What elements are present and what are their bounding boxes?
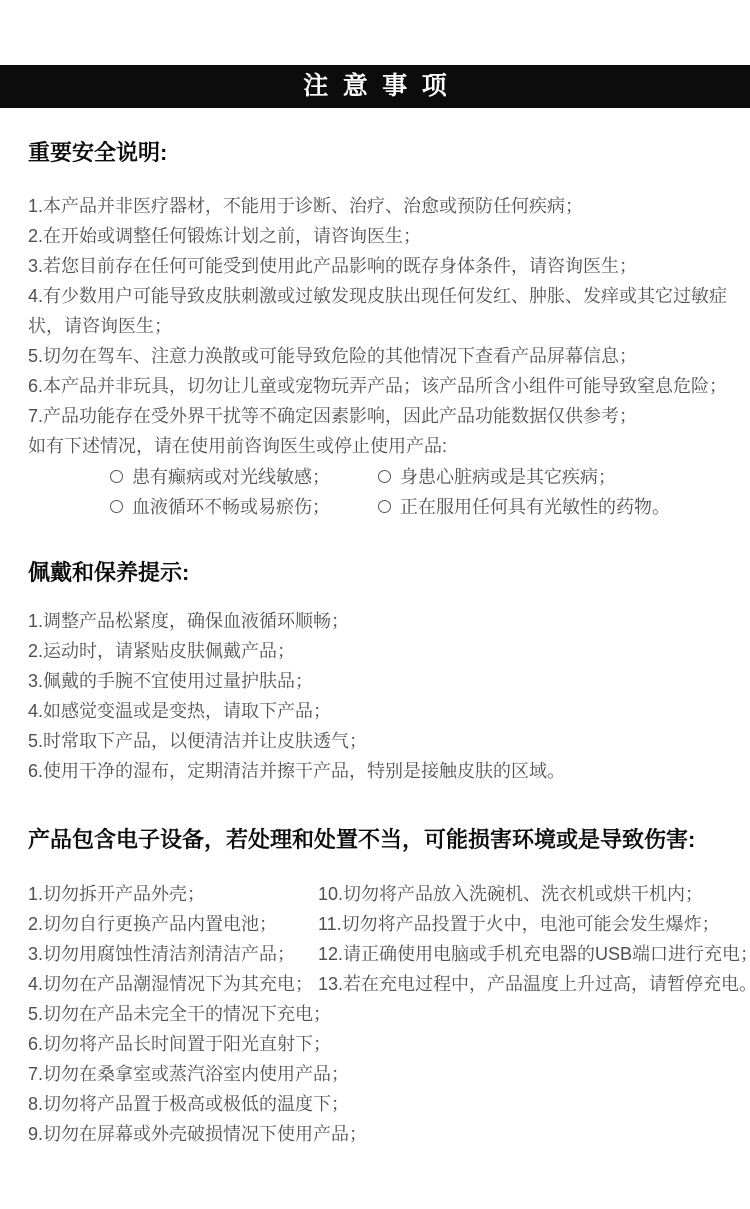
disposal-list-right: 10.切勿将产品放入洗碗机、洗衣机或烘干机内；11.切勿将产品投置于火中，电池可… [318, 879, 750, 999]
care-list-item: 3.佩戴的手腕不宜使用过量护肤品； [28, 666, 728, 696]
disposal-list-left: 1.切勿拆开产品外壳；2.切勿自行更换产品内置电池；3.切勿用腐蚀性清洁剂清洁产… [28, 879, 368, 1149]
safety-list-item: 6.本产品并非玩具，切勿让儿童或宠物玩弄产品；该产品所含小组件可能导致窒息危险； [28, 371, 728, 401]
condition-item: 身患心脏病或是其它疾病； [378, 462, 670, 492]
safety-list: 1.本产品并非医疗器材，不能用于诊断、治疗、治愈或预防任何疾病；2.在开始或调整… [28, 191, 728, 461]
disposal-list-item: 2.切勿自行更换产品内置电池； [28, 909, 368, 939]
disposal-list-item: 12.请正确使用电脑或手机充电器的USB端口进行充电； [318, 939, 750, 969]
condition-item-label: 正在服用任何具有光敏性的药物。 [400, 497, 670, 517]
disposal-list-item: 13.若在充电过程中，产品温度上升过高，请暂停充电。 [318, 969, 750, 999]
disposal-list-item: 11.切勿将产品投置于火中，电池可能会发生爆炸； [318, 909, 750, 939]
disposal-list-item: 9.切勿在屏幕或外壳破损情况下使用产品； [28, 1119, 368, 1149]
care-list-item: 1.调整产品松紧度，确保血液循环顺畅； [28, 606, 728, 636]
care-list-item: 5.时常取下产品，以便清洁并让皮肤透气； [28, 726, 728, 756]
condition-item: 患有癫病或对光线敏感； [110, 462, 378, 492]
condition-list: 患有癫病或对光线敏感； 身患心脏病或是其它疾病； 血液循环不畅或易瘀伤； 正在服… [110, 462, 670, 522]
circle-bullet-icon [110, 500, 123, 513]
circle-bullet-icon [110, 470, 123, 483]
care-list: 1.调整产品松紧度，确保血液循环顺畅；2.运动时，请紧贴皮肤佩戴产品；3.佩戴的… [28, 606, 728, 786]
safety-list-item: 7.产品功能存在受外界干扰等不确定因素影响，因此产品功能数据仅供参考； [28, 401, 728, 431]
care-list-item: 2.运动时，请紧贴皮肤佩戴产品； [28, 636, 728, 666]
disposal-list-item: 1.切勿拆开产品外壳； [28, 879, 368, 909]
safety-list-item: 如有下述情况，请在使用前咨询医生或停止使用产品: [28, 431, 728, 461]
disposal-list-item: 10.切勿将产品放入洗碗机、洗衣机或烘干机内； [318, 879, 750, 909]
circle-bullet-icon [378, 470, 391, 483]
safety-section-heading: 重要安全说明: [28, 140, 167, 166]
disposal-list-item: 7.切勿在桑拿室或蒸汽浴室内使用产品； [28, 1059, 368, 1089]
circle-bullet-icon [378, 500, 391, 513]
disposal-list-item: 8.切勿将产品置于极高或极低的温度下； [28, 1089, 368, 1119]
care-list-item: 6.使用干净的湿布，定期清洁并擦干产品，特别是接触皮肤的区域。 [28, 756, 728, 786]
condition-item: 正在服用任何具有光敏性的药物。 [378, 492, 670, 522]
safety-list-item: 1.本产品并非医疗器材，不能用于诊断、治疗、治愈或预防任何疾病； [28, 191, 728, 221]
page-title: 注意事项 [303, 72, 461, 100]
disposal-list-item: 3.切勿用腐蚀性清洁剂清洁产品； [28, 939, 368, 969]
safety-list-item: 2.在开始或调整任何锻炼计划之前，请咨询医生； [28, 221, 728, 251]
safety-list-item: 3.若您目前存在任何可能受到使用此产品影响的既存身体条件，请咨询医生； [28, 251, 728, 281]
condition-item-label: 血液循环不畅或易瘀伤； [132, 497, 330, 517]
condition-item-label: 患有癫病或对光线敏感； [132, 467, 330, 487]
condition-item-label: 身患心脏病或是其它疾病； [400, 467, 616, 487]
condition-item: 血液循环不畅或易瘀伤； [110, 492, 378, 522]
care-section-heading: 佩戴和保养提示: [28, 560, 189, 586]
disposal-section-heading: 产品包含电子设备，若处理和处置不当，可能损害环境或是导致伤害: [28, 827, 695, 853]
safety-list-item: 5.切勿在驾车、注意力涣散或可能导致危险的其他情况下查看产品屏幕信息； [28, 341, 728, 371]
safety-list-item: 4.有少数用户可能导致皮肤刺激或过敏发现皮肤出现任何发红、肿胀、发痒或其它过敏症… [28, 281, 728, 341]
disposal-list-item: 4.切勿在产品潮湿情况下为其充电； [28, 969, 368, 999]
page-title-bar: 注意事项 [0, 65, 750, 108]
disposal-list-item: 6.切勿将产品长时间置于阳光直射下； [28, 1029, 368, 1059]
care-list-item: 4.如感觉变温或是变热，请取下产品； [28, 696, 728, 726]
disposal-list-item: 5.切勿在产品未完全干的情况下充电； [28, 999, 368, 1029]
